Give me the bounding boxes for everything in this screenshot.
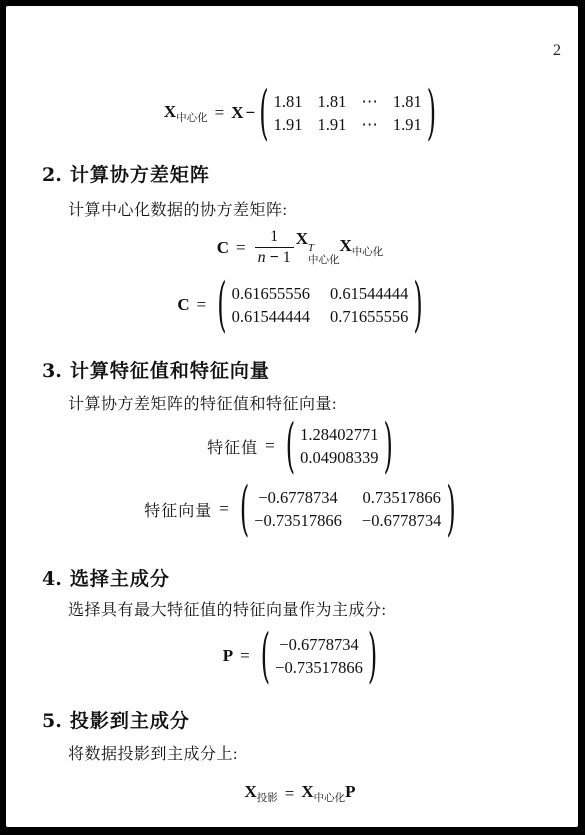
projection-equation: X投影 = X中心化P bbox=[42, 782, 558, 805]
matrix-cell: −0.6778734 bbox=[279, 633, 358, 656]
eigenvalue-vector: ( 1.28402771 0.04908339 ) bbox=[286, 423, 393, 469]
matrix-cell: 1.81 bbox=[393, 90, 422, 113]
matrix-cell: 1.81 bbox=[317, 90, 346, 113]
minus-sign: − bbox=[246, 103, 256, 123]
equation-lhs: 特征值 bbox=[207, 435, 258, 458]
right-paren: ) bbox=[368, 627, 377, 686]
equation-lhs: X中心化 bbox=[164, 102, 208, 125]
matrix-cell: 0.61544444 bbox=[232, 305, 310, 328]
page-number: 2 bbox=[553, 42, 561, 60]
right-paren: ) bbox=[427, 84, 436, 143]
left-paren: ( bbox=[261, 627, 270, 686]
equals-sign: = bbox=[236, 238, 246, 258]
section-body-4: 选择具有最大特征值的特征向量作为主成分: bbox=[68, 597, 558, 620]
fraction-numerator: 1 bbox=[255, 228, 294, 247]
matrix-cell: 1.81 bbox=[274, 90, 303, 113]
equation-lhs: 特征向量 bbox=[144, 498, 212, 521]
matrix-cell: −0.73517866 bbox=[275, 656, 363, 679]
principal-component-equation: P = ( −0.6778734 −0.73517866 ) bbox=[42, 633, 558, 679]
section-number: 5. bbox=[42, 710, 62, 732]
matrix-cell: 0.73517866 bbox=[362, 486, 440, 509]
matrix-cells: −0.6778734 −0.73517866 bbox=[275, 633, 363, 679]
covariance-matrix: ( 0.61655556 0.61544444 0.61544444 0.716… bbox=[217, 282, 423, 328]
mean-matrix: ( 1.81 1.81 ⋯ 1.81 1.91 1.91 ⋯ 1.91 ) bbox=[259, 90, 436, 136]
equals-sign: = bbox=[240, 646, 250, 666]
section-body-3: 计算协方差矩阵的特征值和特征向量: bbox=[68, 391, 558, 414]
matrix-cell: 0.71655556 bbox=[330, 305, 408, 328]
right-paren: ) bbox=[446, 480, 455, 539]
equation-rhs-x: X bbox=[231, 103, 243, 123]
matrix-cells: 1.28402771 0.04908339 bbox=[300, 423, 378, 469]
matrix-cells: −0.6778734 0.73517866 −0.73517866 −0.677… bbox=[254, 486, 441, 532]
equals-sign: = bbox=[265, 436, 275, 456]
matrix-cells: 0.61655556 0.61544444 0.61544444 0.71655… bbox=[232, 282, 409, 328]
matrix-cell: −0.6778734 bbox=[362, 509, 441, 532]
screenshot-root: { "page_number": "2", "syms": { "lparen"… bbox=[0, 0, 585, 835]
centering-equation: X中心化 = X − ( 1.81 1.81 ⋯ 1.81 1.91 1.91 … bbox=[42, 90, 558, 136]
left-paren: ( bbox=[240, 480, 249, 539]
equation-lhs: P bbox=[223, 646, 233, 666]
left-paren: ( bbox=[217, 276, 226, 335]
section-number: 4. bbox=[42, 568, 62, 590]
matrix-cell: ⋯ bbox=[361, 113, 378, 136]
section-title: 计算协方差矩阵 bbox=[70, 160, 210, 187]
section-heading-5: 5. 投影到主成分 bbox=[42, 706, 558, 733]
equation-lhs: X投影 bbox=[244, 782, 277, 805]
matrix-cell: 1.91 bbox=[393, 113, 422, 136]
section-title: 计算特征值和特征向量 bbox=[70, 356, 270, 383]
section-body-2: 计算中心化数据的协方差矩阵: bbox=[68, 197, 558, 220]
equals-sign: = bbox=[219, 499, 229, 519]
x-term: X中心化 bbox=[340, 236, 384, 259]
section-heading-2: 2. 计算协方差矩阵 bbox=[42, 160, 558, 187]
section-heading-4: 4. 选择主成分 bbox=[42, 564, 558, 591]
matrix-cell: 0.61544444 bbox=[330, 282, 408, 305]
right-paren: ) bbox=[413, 276, 422, 335]
matrix-cell: 0.04908339 bbox=[300, 446, 378, 469]
matrix-cell: −0.6778734 bbox=[258, 486, 337, 509]
eigenvector-matrix: ( −0.6778734 0.73517866 −0.73517866 −0.6… bbox=[240, 486, 456, 532]
eigenvalues-equation: 特征值 = ( 1.28402771 0.04908339 ) bbox=[42, 423, 558, 469]
matrix-cell: 1.91 bbox=[317, 113, 346, 136]
equals-sign: = bbox=[285, 784, 295, 804]
equation-rhs: X中心化P bbox=[301, 782, 355, 805]
matrix-cell: −0.73517866 bbox=[254, 509, 342, 532]
section-number: 2. bbox=[42, 164, 62, 186]
matrix-cell: 0.61655556 bbox=[232, 282, 310, 305]
fraction-denominator: n−1 bbox=[255, 247, 294, 267]
equals-sign: = bbox=[215, 103, 225, 123]
section-title: 投影到主成分 bbox=[70, 706, 190, 733]
section-title: 选择主成分 bbox=[70, 564, 170, 591]
right-paren: ) bbox=[383, 417, 392, 476]
section-heading-3: 3. 计算特征值和特征向量 bbox=[42, 356, 558, 383]
section-number: 3. bbox=[42, 360, 62, 382]
section-body-5: 将数据投影到主成分上: bbox=[68, 741, 558, 764]
matrix-cell: 1.91 bbox=[274, 113, 303, 136]
equation-lhs: C bbox=[177, 295, 189, 315]
left-paren: ( bbox=[286, 417, 295, 476]
x-transpose-term: XT中心化 bbox=[296, 229, 340, 267]
matrix-cell: 1.28402771 bbox=[300, 423, 378, 446]
matrix-cell: ⋯ bbox=[361, 90, 378, 113]
covariance-formula-equation: C = 1 n−1 XT中心化 X中心化 bbox=[42, 228, 558, 268]
document-page: 2 X中心化 = X − ( 1.81 1.81 ⋯ 1.81 1.91 1.9… bbox=[6, 6, 578, 827]
matrix-cells: 1.81 1.81 ⋯ 1.81 1.91 1.91 ⋯ 1.91 bbox=[274, 90, 422, 136]
covariance-matrix-equation: C = ( 0.61655556 0.61544444 0.61544444 0… bbox=[42, 282, 558, 328]
left-paren: ( bbox=[259, 84, 268, 143]
eigenvectors-equation: 特征向量 = ( −0.6778734 0.73517866 −0.735178… bbox=[42, 486, 558, 532]
principal-vector: ( −0.6778734 −0.73517866 ) bbox=[261, 633, 377, 679]
fraction: 1 n−1 bbox=[255, 228, 294, 268]
equals-sign: = bbox=[197, 295, 207, 315]
equation-lhs: C bbox=[217, 238, 229, 258]
